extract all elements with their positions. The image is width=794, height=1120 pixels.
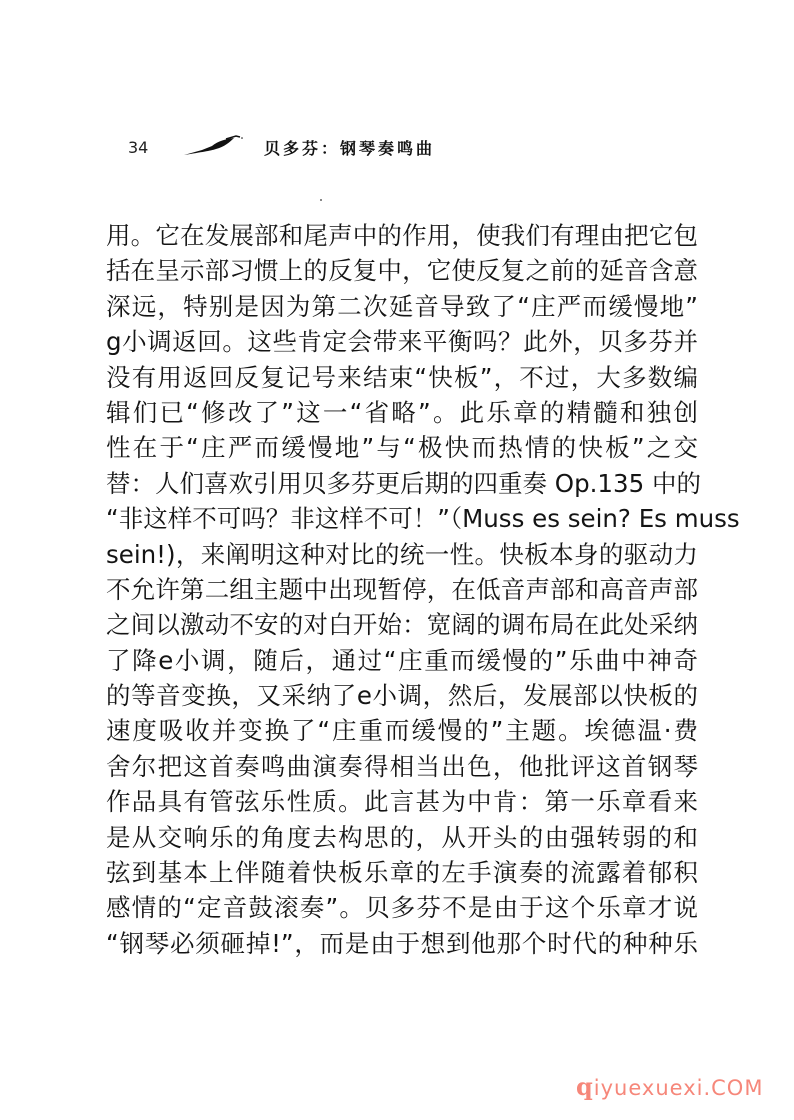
text-line: 速度吸收并变换了“庄重而缓慢的”主题。埃德温·费 (106, 713, 698, 748)
page-number: 34 (128, 138, 182, 157)
text-line: “非这样不可吗？非这样不可！”（Muss es sein? Es muss (106, 501, 698, 536)
text-line: sein!)，来阐明这种对比的统一性。快板本身的驱动力 (106, 537, 698, 572)
text-line: 之间以激动不安的对白开始：宽阔的调布局在此处采纳 (106, 607, 698, 642)
text-line: g小调返回。这些肯定会带来平衡吗？此外，贝多芬并 (106, 324, 698, 359)
page-header: 34 贝多芬：钢琴奏鸣曲 (128, 132, 435, 162)
text-line: 性在于“庄严而缓慢地”与“极快而热情的快板”之交 (106, 430, 698, 465)
text-line: “钢琴必须砸掉!”，而是由于想到他那个时代的种种乐 (106, 926, 698, 961)
text-line: 弦到基本上伴随着快板乐章的左手演奏的流露着郁积 (106, 855, 698, 890)
text-line: 用。它在发展部和尾声中的作用，使我们有理由把它包 (106, 218, 698, 253)
text-line: 括在呈示部习惯上的反复中，它使反复之前的延音含意 (106, 253, 698, 288)
text-line: 是从交响乐的角度去构思的，从开头的由强转弱的和 (106, 820, 698, 855)
body-text: 用。它在发展部和尾声中的作用，使我们有理由把它包 括在呈示部习惯上的反复中，它使… (106, 218, 698, 961)
text-line: 了降e小调，随后，通过“庄重而缓慢的”乐曲中神奇 (106, 643, 698, 678)
text-line: 感情的“定音鼓滚奏”。贝多芬不是由于这个乐章才说 (106, 890, 698, 925)
text-line: 舍尔把这首奏鸣曲演奏得相当出色，他批评这首钢琴 (106, 749, 698, 784)
text-line: 深远，特别是因为第二次延音导致了“庄严而缓慢地” (106, 289, 698, 324)
text-line: 替：人们喜欢引用贝多芬更后期的四重奏 Op.135 中的 (106, 466, 698, 501)
speck (320, 199, 322, 201)
text-line: 不允许第二组主题中出现暂停，在低音声部和高音声部 (106, 572, 698, 607)
running-title: 贝多芬：钢琴奏鸣曲 (264, 136, 435, 159)
watermark: qiyuexuexi.COM (576, 1072, 763, 1101)
quill-pen-icon (182, 135, 244, 159)
watermark-logo-q: q (576, 1072, 594, 1101)
text-line: 没有用返回反复记号来结束“快板”，不过，大多数编 (106, 360, 698, 395)
text-line: 的等音变换，又采纳了e小调，然后，发展部以快板的 (106, 678, 698, 713)
text-line: 辑们已“修改了”这一“省略”。此乐章的精髓和独创 (106, 395, 698, 430)
text-line: 作品具有管弦乐性质。此言甚为中肯：第一乐章看来 (106, 784, 698, 819)
watermark-text: iyuexuexi.COM (594, 1076, 764, 1100)
